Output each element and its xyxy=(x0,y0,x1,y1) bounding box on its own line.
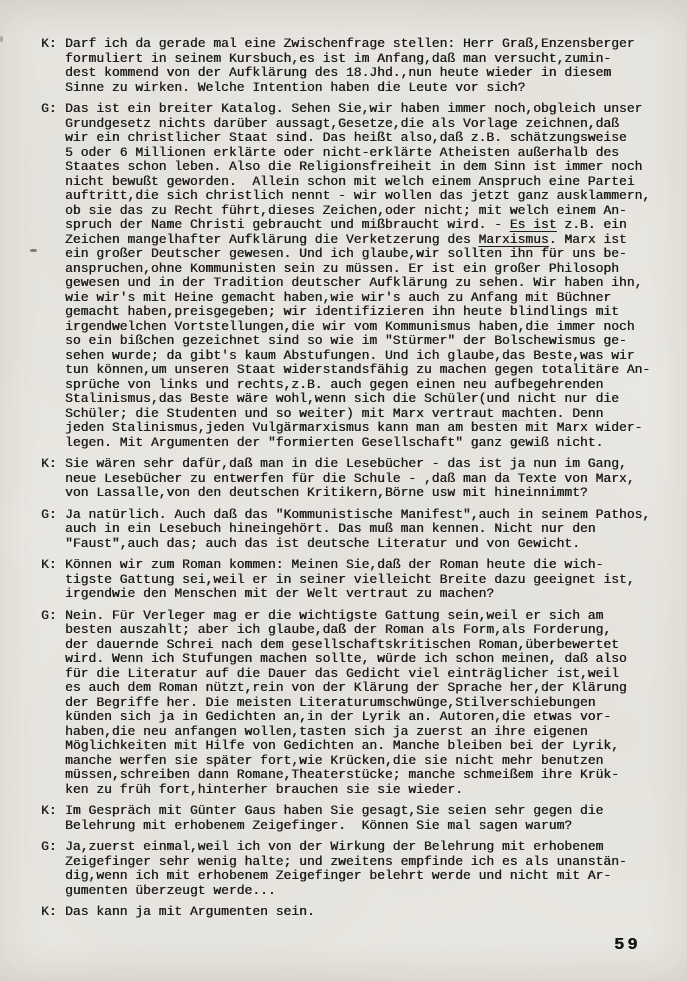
dialogue-paragraph: K: Sie wären sehr dafür,daß man in die L… xyxy=(41,457,673,501)
dialogue-paragraph: K: Das kann ja mit Argumenten sein. xyxy=(41,905,673,920)
dialogue-paragraph: K: Im Gespräch mit Günter Gaus haben Sie… xyxy=(41,804,673,833)
paragraph-text: Darf ich da gerade mal eine Zwischenfrag… xyxy=(65,37,673,95)
dialogue-paragraph: K: Können wir zum Roman kommen: Meinen S… xyxy=(41,558,673,602)
dialogue-paragraph: G: Ja natürlich. Auch daß das "Kommunist… xyxy=(41,508,673,552)
speaker-label: K: xyxy=(41,37,65,52)
paragraph-text: Ja,zuerst einmal,weil ich von der Wirkun… xyxy=(65,840,673,898)
dialogue-paragraph: G: Das ist ein breiter Katalog. Sehen Si… xyxy=(41,102,673,450)
speaker-label: K: xyxy=(41,558,65,573)
scan-artifact xyxy=(0,36,3,42)
paragraph-text: Sie wären sehr dafür,daß man in die Lese… xyxy=(65,457,673,501)
scan-artifact xyxy=(30,249,37,252)
dialogue-paragraph: K: Darf ich da gerade mal eine Zwischenf… xyxy=(41,37,673,95)
speaker-label: K: xyxy=(41,804,65,819)
scanned-document-page: K: Darf ich da gerade mal eine Zwischenf… xyxy=(0,0,687,981)
paragraph-text: Ja natürlich. Auch daß das "Kommunistisc… xyxy=(65,508,673,552)
dialogue-paragraph: G: Nein. Für Verleger mag er die wichtig… xyxy=(41,609,673,798)
speaker-label: G: xyxy=(41,609,65,624)
speaker-label: G: xyxy=(41,508,65,523)
speaker-label: G: xyxy=(41,840,65,855)
speaker-label: K: xyxy=(41,905,65,920)
page-number: 59 xyxy=(614,936,640,955)
paragraph-text: Im Gespräch mit Günter Gaus haben Sie ge… xyxy=(65,804,673,833)
speaker-label: G: xyxy=(41,102,65,117)
paragraph-text: Das kann ja mit Argumenten sein. xyxy=(65,905,673,920)
speaker-label: K: xyxy=(41,457,65,472)
paragraph-text: Können wir zum Roman kommen: Meinen Sie,… xyxy=(65,558,673,602)
paragraph-text: Das ist ein breiter Katalog. Sehen Sie,w… xyxy=(65,102,673,450)
interview-transcript: K: Darf ich da gerade mal eine Zwischenf… xyxy=(41,37,673,927)
dialogue-paragraph: G: Ja,zuerst einmal,weil ich von der Wir… xyxy=(41,840,673,898)
paragraph-text: Nein. Für Verleger mag er die wichtigste… xyxy=(65,609,673,798)
